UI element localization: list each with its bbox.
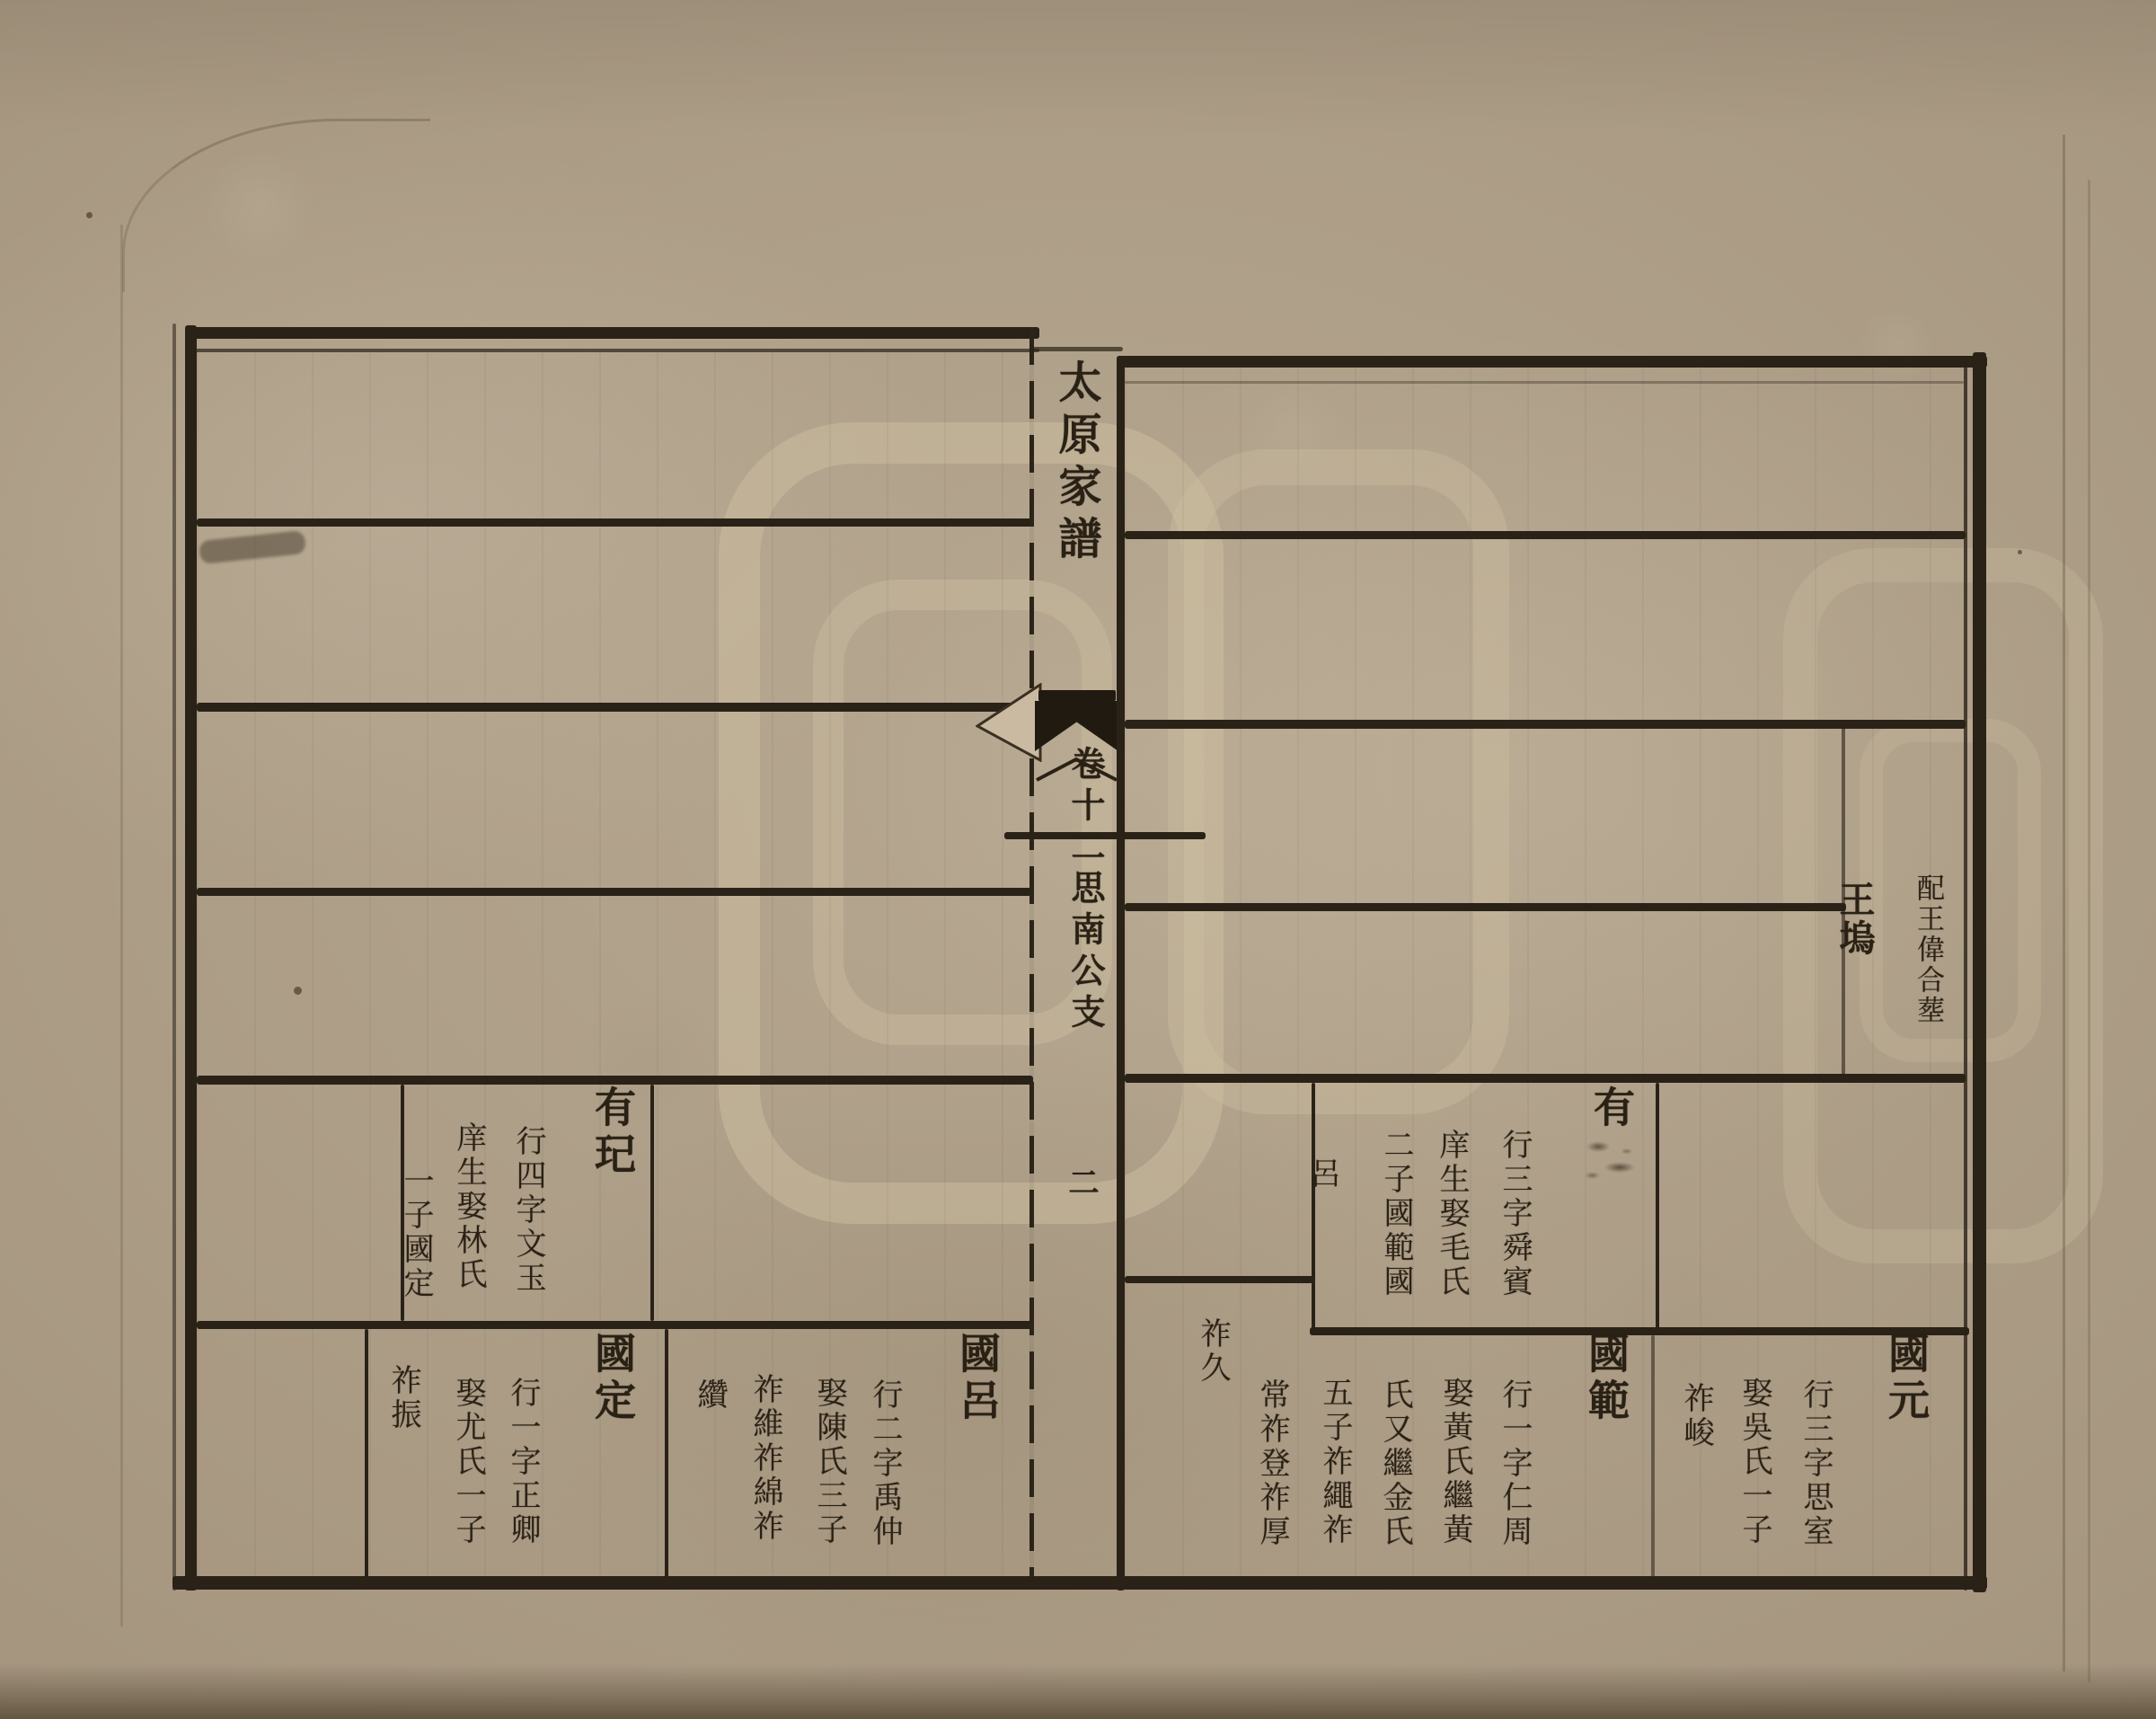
- grid-line-horizontal: [172, 1576, 1987, 1590]
- cell-divider: [1651, 1335, 1655, 1578]
- grid-line-horizontal: [1125, 1276, 1313, 1283]
- book-title: 太原家譜: [1047, 359, 1103, 568]
- grid-line-horizontal: [1125, 1074, 1966, 1083]
- spine-top-line: [1029, 347, 1123, 351]
- grid-line-horizontal: [1125, 720, 1966, 729]
- entry-detail-column: 行一字仁周: [1495, 1378, 1534, 1549]
- grid-line-vertical: [172, 323, 176, 1591]
- photo-bottom-shadow: [0, 1664, 2156, 1719]
- entry-name: 國元: [1881, 1332, 1931, 1425]
- gutter-fold-wedge-icon: [976, 683, 1042, 762]
- burial-note-small: 配王偉合塟: [1910, 873, 1948, 1026]
- illegible-character-smudge: [1579, 1134, 1639, 1192]
- grid-line-vertical: [185, 325, 197, 1591]
- grid-line-vertical: [1973, 352, 1986, 1592]
- cell-divider: [365, 1329, 368, 1578]
- page-edge-line: [2088, 180, 2090, 1682]
- fishtail-top-bar: [1038, 690, 1116, 701]
- grid-line-horizontal: [1125, 903, 1846, 911]
- grid-line-horizontal: [185, 327, 1039, 339]
- entry-detail-column: 祚峻: [1676, 1382, 1716, 1450]
- grid-line-horizontal: [197, 1321, 1033, 1329]
- grid-line-horizontal: [197, 518, 1033, 527]
- cell-divider: [1312, 1083, 1315, 1329]
- grid-line-horizontal: [1117, 356, 1987, 368]
- entry-detail-column: 庠生娶毛氏: [1432, 1129, 1471, 1299]
- page-edge-line: [120, 225, 123, 1626]
- entry-name: 國定: [588, 1332, 638, 1425]
- entry-detail-column: 娶吳氏一子: [1735, 1377, 1774, 1547]
- grid-line-vertical: [1117, 356, 1125, 1591]
- cell-divider: [665, 1329, 668, 1578]
- entry-name: 國呂: [952, 1332, 1003, 1425]
- entry-detail-column: 五子祚繩祚: [1315, 1377, 1355, 1547]
- entry-detail-column: 行三字舜賓: [1495, 1129, 1534, 1299]
- photo-top-shading: [0, 0, 2156, 135]
- grid-line-horizontal: [197, 1076, 1033, 1085]
- ink-fleck: [86, 212, 93, 218]
- entry-detail-column: 庠生娶林氏: [449, 1121, 489, 1292]
- ink-fleck: [2018, 550, 2022, 554]
- grid-line-horizontal: [1125, 381, 1964, 384]
- entry-detail-column: 一子國定: [396, 1165, 436, 1301]
- page-edge-line: [2063, 135, 2065, 1671]
- grid-line-vertical: [1964, 356, 1967, 1591]
- entry-detail-column: 娶尤氏一子: [448, 1377, 488, 1547]
- entry-name: 有玘: [588, 1085, 638, 1179]
- entry-detail-column: 常祚登祚厚: [1252, 1378, 1292, 1549]
- entry-detail-column: 祚維祚綿祚: [746, 1373, 785, 1544]
- ink-fleck: [294, 987, 302, 995]
- grid-line-horizontal: [1310, 1327, 1969, 1335]
- entry-name: 有: [1586, 1085, 1637, 1132]
- entry-detail-column: 娶陳氏三子: [809, 1377, 849, 1547]
- entry-detail-column: 行一字正卿: [503, 1377, 543, 1547]
- entry-detail-column: 祚振: [384, 1364, 423, 1432]
- entry-detail-column: 娶黃氏繼黃: [1436, 1377, 1475, 1547]
- entry-detail-column: 行二字禹仲: [865, 1378, 905, 1549]
- genealogy-book-scan: 太原家譜 卷十二思南公支 二 配王偉合塟 王塢 有 行三字舜賓 庠生娶毛氏 二子…: [0, 0, 2156, 1719]
- right-page-area: [1125, 368, 1964, 1576]
- grid-line-horizontal: [185, 349, 1039, 352]
- entry-detail-column: 行四字文玉: [508, 1125, 548, 1296]
- entry-detail-column: 纘: [690, 1378, 729, 1413]
- grid-line-horizontal: [197, 888, 1033, 896]
- entry-detail-column: 行三字思室: [1796, 1378, 1835, 1549]
- entry-detail-column: 二子國範國: [1376, 1129, 1416, 1299]
- cell-divider: [1656, 1083, 1659, 1329]
- gutter-dashed-line: [1029, 327, 1034, 1578]
- burial-note-place: 王塢: [1831, 881, 1878, 958]
- entry-detail-column: 氏又繼金氏: [1375, 1378, 1415, 1549]
- grid-line-horizontal: [1125, 531, 1966, 539]
- entry-detail-column: 呂: [1303, 1157, 1342, 1192]
- cell-divider: [650, 1085, 654, 1321]
- grid-line-horizontal: [197, 703, 1033, 712]
- page-number: 二: [1064, 1166, 1103, 1200]
- entry-name: 國範: [1581, 1332, 1631, 1425]
- entry-detail-column: 祚久: [1193, 1317, 1233, 1386]
- volume-label: 卷十二思南公支: [1062, 746, 1107, 1035]
